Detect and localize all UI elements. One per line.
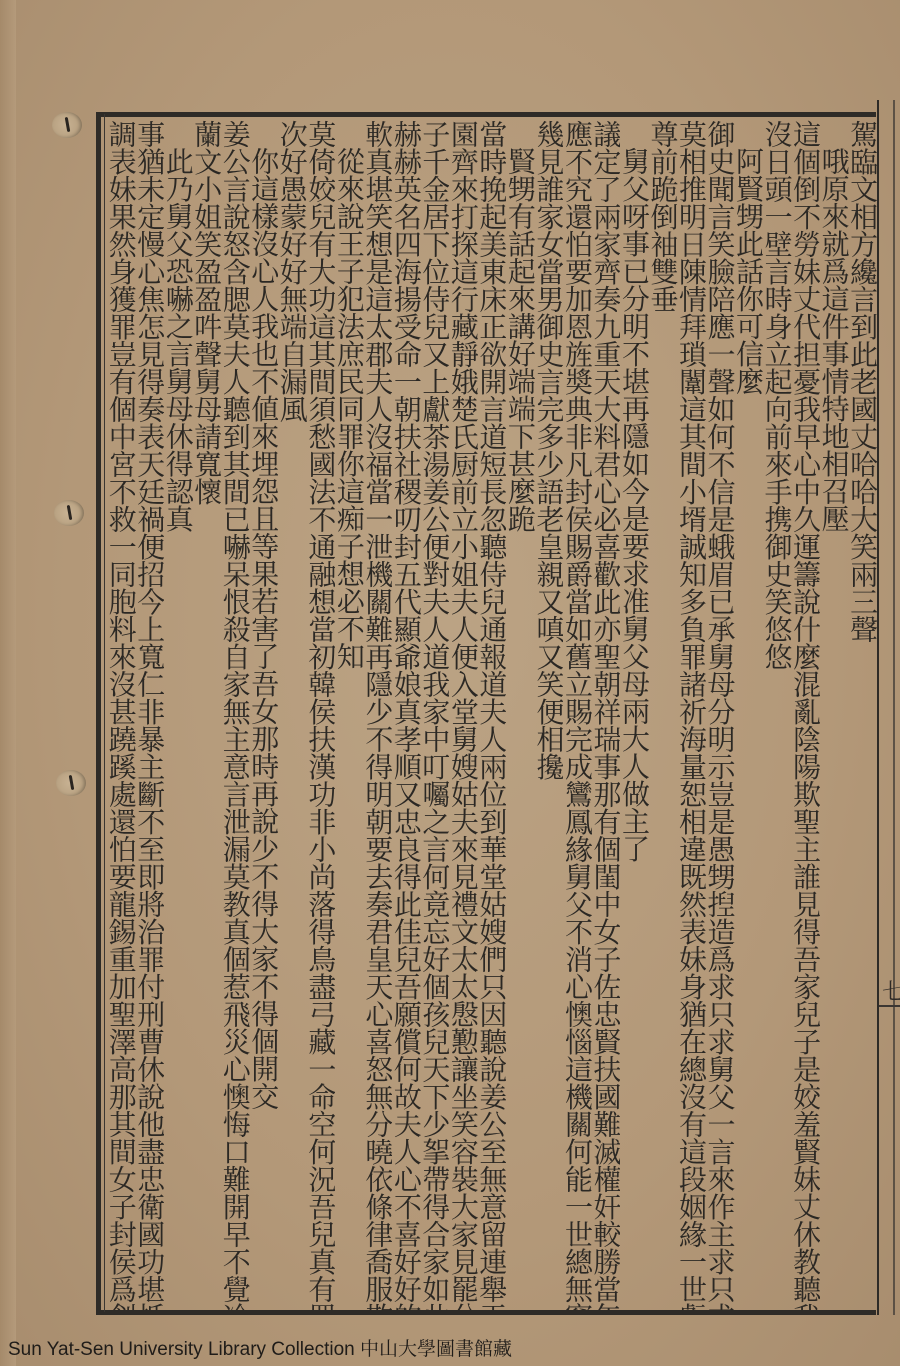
text-column: 你這樣沒心人我也不値來埋怨且等果若害了吾女那時再說少不得大家不得個開交 xyxy=(252,120,279,1337)
text-column: 莫相推明日陳情拜瑣闈這其間小壻誠知多負罪諸祈海量恕相違既然表妹身猶在總沒有這段姻… xyxy=(679,120,706,1310)
text-column: 應不究還怕要加恩旌奬典非凡封侯賜爵當如舊立賜完成鸞鳳緣舅父不消心懊惱這機關何能一… xyxy=(565,120,592,1310)
text-column: 次好愚蒙好好無端自漏風 xyxy=(280,120,307,1310)
text-column: 駕臨文相方纔言到此老國丈哈哈大笑兩三聲 xyxy=(850,120,877,1310)
text-column: 調表妹果然身獲罪豈有個中宮不救一同胞料來沒甚蹺蹊處還怕要龍錫重加聖澤高那其間女子… xyxy=(109,120,136,1310)
text-column: 舅父呀事已分明不堪再隱如今是要求准舅父母兩大人做主了 xyxy=(622,120,649,1337)
text-column: 此乃舅父恐嚇之言舅母休得認真 xyxy=(166,120,193,1337)
text-column: 當時挽起美東床正欲開言道短長忽聽侍兒通報道夫人兩位到華堂姑嫂們只因聽說姜公至無意… xyxy=(480,120,507,1310)
text-column: 從來說王子犯法庶民同罪你這痴子想必不知 xyxy=(337,120,364,1337)
binding-edge xyxy=(0,0,16,1366)
text-body: 駕臨文相方纔言到此老國丈哈哈大笑兩三聲 哦原來就爲這件事情特地相召壓 這個倒不勞… xyxy=(108,120,878,1310)
text-column: 御史聞言笑臉陪應一聲如何不信是蛾眉已承舅母分明示豈是愚甥揑造爲求只求舅父一言來作… xyxy=(708,120,735,1310)
text-column: 賢甥有話起來講好端端下甚麼跪 xyxy=(508,120,535,1337)
text-column: 沒日頭一壁言時身立起向前來手携御史笑悠悠 xyxy=(765,120,792,1310)
text-column: 園齊來打探這行藏靜娥楚氏厨前立小姐夫人便入堂舅嫂姑夫來見禮文太太慇懃讓坐笑容裝大… xyxy=(451,120,478,1310)
binding-hole-icon xyxy=(54,500,84,526)
library-watermark: Sun Yat-Sen University Library Collectio… xyxy=(8,1334,512,1361)
text-column: 子千金居下位侍兒又上獻茶湯姜公便對夫人道我家中叮囑之言何竟忘好個孩兒天下少挐帶得… xyxy=(423,120,450,1310)
text-column: 莫倚姣兒有大功這其間須愁國法不通融想當初韓侯扶漢功非小尚落得鳥盡弓藏一命空何況吾… xyxy=(309,120,336,1310)
text-column: 姜公言說怒含腮莫夫人聽到其間已嚇呆恨殺自家無主意言泄漏莫教真個惹飛災心懊悔口難開… xyxy=(223,120,250,1310)
binding-hole-icon xyxy=(52,112,82,138)
text-column: 這個倒不勞妹丈代担憂我早心中久運籌說什麼混亂陰陽欺聖主誰見得吾家兒子是姣羞賢妹丈… xyxy=(793,120,820,1310)
text-column: 尊前跪倒袖雙垂 xyxy=(651,120,678,1310)
margin-char: 七 xyxy=(882,975,900,1006)
text-column: 事猶未定慢心焦怎見得奏表天廷禍便招今上寬仁非暴主斷不至即將治罪付刑曹休說他盡忠衛… xyxy=(137,120,164,1310)
text-column: 蘭文小姐笑盈盈吽聲舅母請寬懷 xyxy=(195,120,222,1310)
text-column: 議定了兩家齊奏九重天大料君心必喜歡此亦聖朝祥瑞事那有個閨中女子佐忠賢扶國難滅權奸… xyxy=(594,120,621,1310)
binding-hole-icon xyxy=(56,770,86,796)
text-column: 哦原來就爲這件事情特地相召壓 xyxy=(822,120,849,1337)
center-fold-rule-outer xyxy=(893,100,895,1315)
text-column: 幾見誰家女當男御史言完多少語老皇親又嗔又笑便相攙 xyxy=(537,120,564,1310)
text-column: 阿賢甥此話你可信麼 xyxy=(736,120,763,1337)
text-column: 軟真堪笑想是這太郡夫人沒福當一泄機關難再隱少不得明朝要去奏君皇天心喜怒無分曉依條… xyxy=(366,120,393,1310)
text-column: 赫赫英名四海揚受命一朝扶社稷叨封五代顯爺娘真孝順又忠良得此佳兒吾願償何故夫人心不… xyxy=(394,120,421,1310)
